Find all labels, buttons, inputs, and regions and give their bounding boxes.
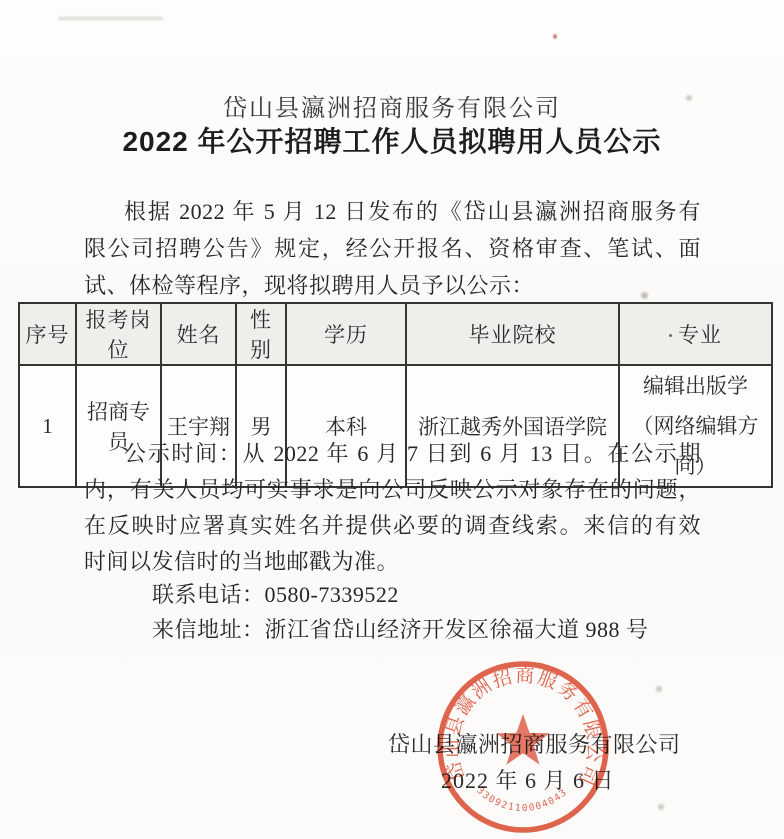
seal-number: 33092110004043 (474, 785, 569, 814)
col-header-name: 姓名 (161, 303, 236, 365)
col-header-major: 专业 (619, 303, 772, 365)
col-header-degree: 学历 (286, 303, 406, 365)
col-header-index: 序号 (19, 303, 76, 365)
paragraph-line: 试、体检等程序，现将拟聘用人员予以公示： (84, 267, 701, 304)
seal-star-icon (496, 714, 549, 765)
paragraph-line: 内，有关人员均可实事求是向公司反映公示对象存在的问题， (84, 472, 701, 508)
paragraph-line: 时间以发信时的当地邮戳为准。 (84, 544, 701, 580)
col-header-position: 报考岗位 (76, 303, 161, 365)
contact-phone: 联系电话：0580-7339522 (152, 577, 649, 612)
scan-artifact (553, 34, 557, 39)
scan-artifact (58, 17, 163, 20)
table-header-row: 序号 报考岗位 姓名 性别 学历 毕业院校 专业 (19, 303, 772, 365)
intro-paragraph: 根据 2022 年 5 月 12 日发布的《岱山县瀛洲招商服务有 限公司招聘公告… (84, 193, 701, 304)
company-title: 岱山县瀛洲招商服务有限公司 (0, 88, 784, 123)
contact-block: 联系电话：0580-7339522 来信地址：浙江省岱山经济开发区徐福大道 98… (152, 577, 649, 647)
col-header-school: 毕业院校 (406, 303, 619, 365)
paragraph-line: 公示时间：从 2022 年 6 月 7 日到 6 月 13 日。在公示期 (84, 436, 701, 472)
col-header-major-label: 专业 (678, 323, 722, 347)
company-seal: 岱山县瀛洲招商服务有限公司 33092110004043 (432, 656, 614, 838)
scan-artifact (656, 686, 662, 692)
col-header-gender: 性别 (236, 303, 286, 365)
cell-index: 1 (19, 365, 76, 487)
paragraph-line: 限公司招聘公告》规定，经公开报名、资格审查、笔试、面 (84, 230, 701, 267)
document-page: 岱山县瀛洲招商服务有限公司 2022 年公开招聘工作人员拟聘用人员公示 根据 2… (0, 0, 784, 839)
paragraph-line: 在反映时应署真实姓名并提供必要的调查线索。来信的有效 (84, 508, 701, 544)
announcement-title: 2022 年公开招聘工作人员拟聘用人员公示 (0, 120, 784, 160)
scan-artifact (658, 804, 664, 810)
scan-artifact (669, 334, 672, 337)
paragraph-line: 根据 2022 年 5 月 12 日发布的《岱山县瀛洲招商服务有 (84, 193, 701, 230)
contact-address: 来信地址：浙江省岱山经济开发区徐福大道 988 号 (152, 612, 649, 647)
notice-paragraph: 公示时间：从 2022 年 6 月 7 日到 6 月 13 日。在公示期 内，有… (84, 436, 701, 580)
